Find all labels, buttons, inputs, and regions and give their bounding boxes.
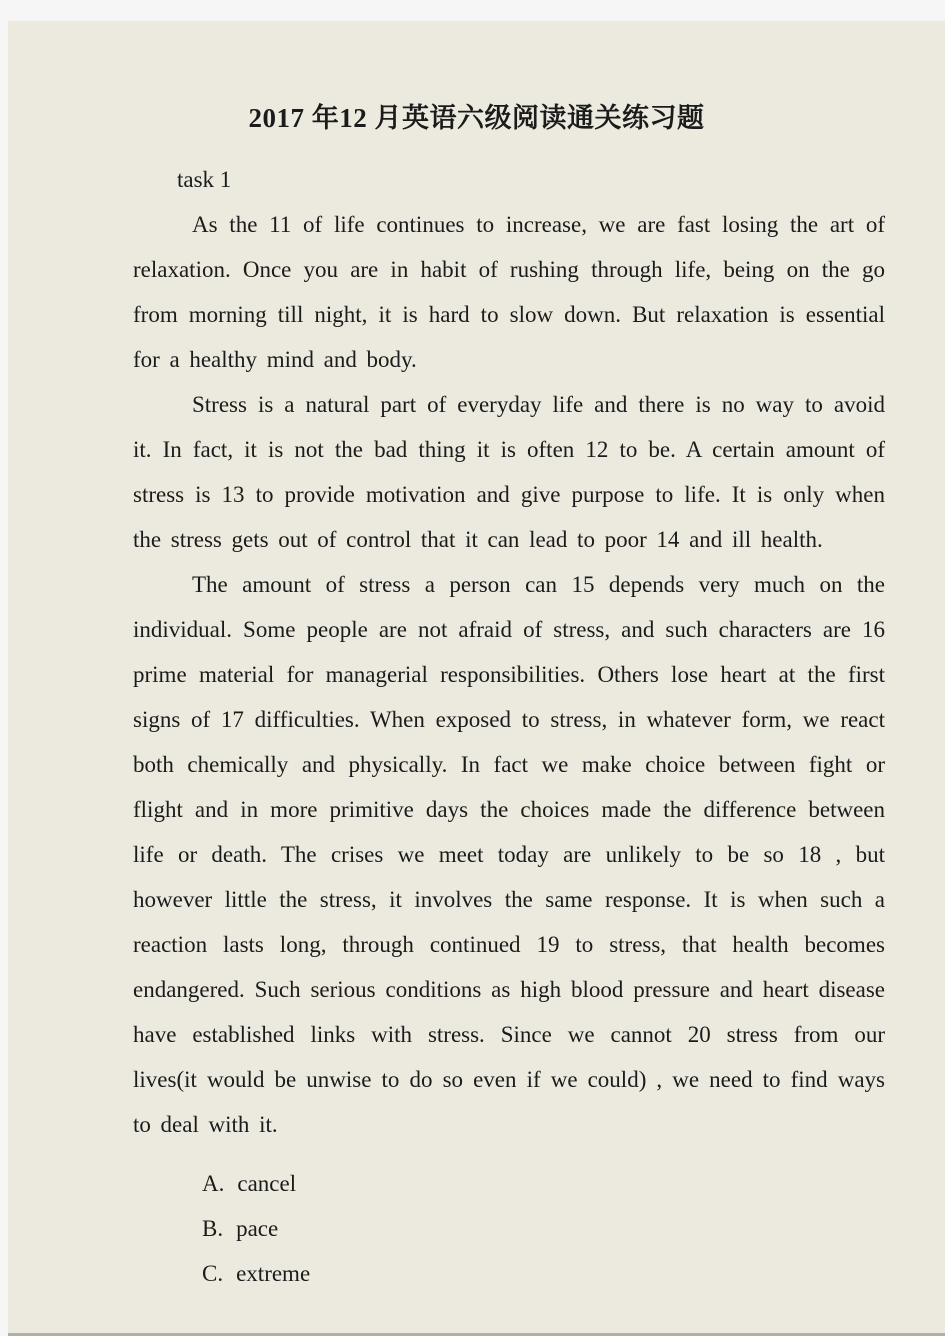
paragraph-2: Stress is a natural part of everyday lif… xyxy=(133,382,885,562)
page-title: 2017 年12 月英语六级阅读通关练习题 xyxy=(48,99,905,137)
document-viewer-background: 2017 年12 月英语六级阅读通关练习题 task 1 As the 11 o… xyxy=(0,0,945,1336)
option-text: cancel xyxy=(237,1171,296,1196)
option-row-b: B.pace xyxy=(202,1206,945,1251)
option-row-c: C.extreme xyxy=(202,1251,945,1296)
option-letter: C. xyxy=(202,1251,223,1296)
option-row-a: A.cancel xyxy=(202,1161,945,1206)
option-text: pace xyxy=(236,1216,278,1241)
document-page: 2017 年12 月英语六级阅读通关练习题 task 1 As the 11 o… xyxy=(8,21,945,1336)
option-letter: B. xyxy=(202,1206,223,1251)
task-label: task 1 xyxy=(177,157,945,202)
option-text: extreme xyxy=(236,1261,310,1286)
paragraph-3: The amount of stress a person can 15 dep… xyxy=(133,562,885,1147)
paragraph-1: As the 11 of life continues to increase,… xyxy=(133,202,885,382)
option-letter: A. xyxy=(202,1161,224,1206)
options-list: A.cancel B.pace C.extreme xyxy=(8,1161,945,1296)
